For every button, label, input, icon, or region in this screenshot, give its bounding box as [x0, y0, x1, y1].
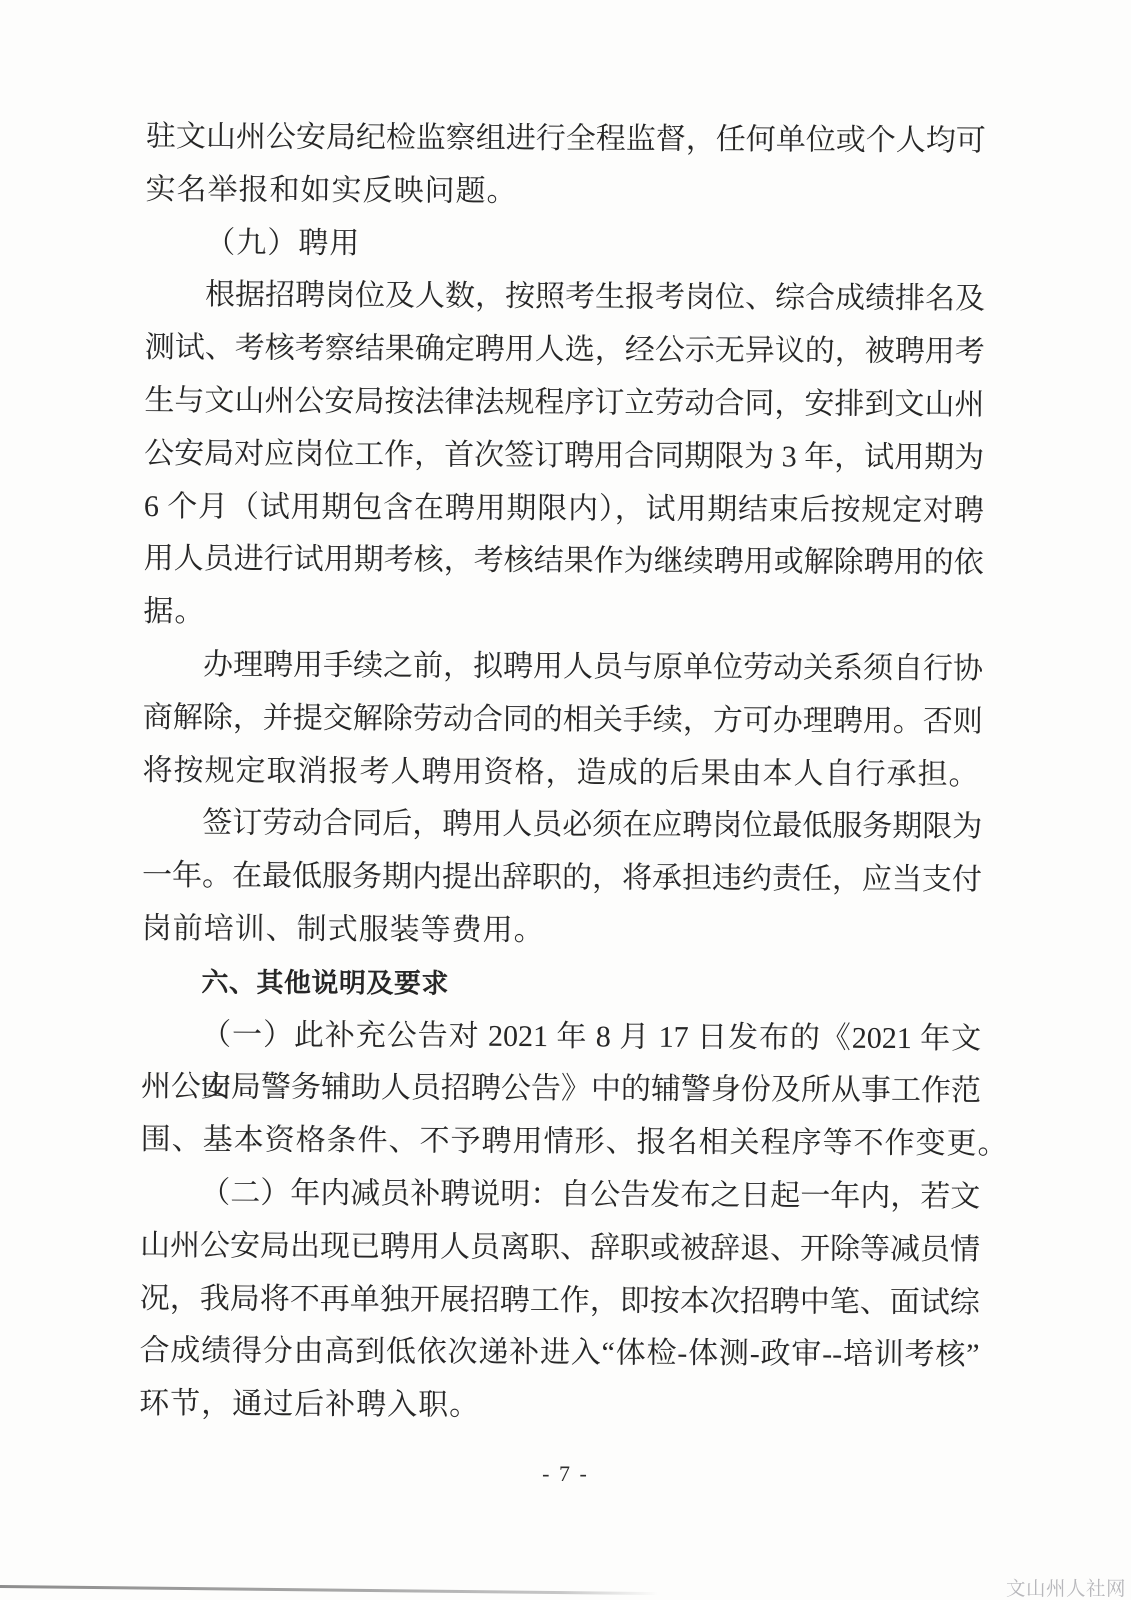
- paper-edge-artifact: [0, 1585, 658, 1595]
- document-text-line: 合成绩得分由高到低依次递补进入“体检-体测-政审--培训考核”: [139, 1325, 979, 1382]
- document-text-line: 商解除，并提交解除劳动合同的相关手续，方可办理聘用。否则: [143, 692, 983, 749]
- document-text-line: 据。: [143, 586, 983, 643]
- document-text-line: 公安局对应岗位工作，首次签订聘用合同期限为 3 年，试用期为: [144, 428, 984, 485]
- document-text-line: 用人员进行试用期考核，考核结果作为继续聘用或解除聘用的依: [144, 533, 984, 590]
- document-text-line: 实名举报和如实反映问题。: [145, 164, 985, 221]
- scanned-document-page: 驻文山州公安局纪检监察组进行全程监督，任何单位或个人均可实名举报和如实反映问题。…: [0, 0, 1131, 1600]
- document-text-line: 一年。在最低服务期内提出辞职的，将承担违约责任，应当支付: [142, 850, 982, 907]
- page-number: - 7 -: [0, 1461, 1131, 1487]
- document-text-line: 签订劳动合同后，聘用人员必须在应聘岗位最低服务期限为: [142, 797, 982, 854]
- document-text-line: 环节，通过后补聘入职。: [139, 1378, 979, 1435]
- document-text-line: 州公安局警务辅助人员招聘公告》中的辅警身份及所从事工作范: [141, 1061, 981, 1118]
- document-text-line: 将按规定取消报考人聘用资格，造成的后果由本人自行承担。: [142, 745, 982, 802]
- document-text-line: 况，我局将不再单独开展招聘工作，即按本次招聘中笔、面试综: [140, 1273, 980, 1330]
- document-text-line: 办理聘用手续之前，拟聘用人员与原单位劳动关系须自行协: [143, 639, 983, 696]
- document-text-line: （一）此补充公告对 2021 年 8 月 17 日发布的《2021 年文山: [141, 1009, 981, 1066]
- document-text-line: 生与文山州公安局按法律法规程序订立劳动合同，安排到文山州: [144, 375, 984, 432]
- section-heading: 六、其他说明及要求: [141, 956, 981, 1013]
- document-body: 驻文山州公安局纪检监察组进行全程监督，任何单位或个人均可实名举报和如实反映问题。…: [139, 111, 986, 1435]
- document-text-line: （九）聘用: [145, 217, 985, 274]
- document-text-line: 山州公安局出现已聘用人员离职、辞职或被辞退、开除等减员情: [140, 1220, 980, 1277]
- document-text-line: （二）年内减员补聘说明：自公告发布之日起一年内，若文: [140, 1167, 980, 1224]
- document-text-line: 围、基本资格条件、不予聘用情形、报名相关程序等不作变更。: [140, 1114, 980, 1171]
- site-watermark: 文山州人社网: [1006, 1573, 1126, 1600]
- document-text-line: 6 个月（试用期包含在聘用期限内），试用期结束后按规定对聘: [144, 481, 984, 538]
- document-text-line: 驻文山州公安局纪检监察组进行全程监督，任何单位或个人均可: [146, 111, 986, 168]
- document-text-line: 岗前培训、制式服装等费用。: [142, 903, 982, 960]
- document-text-line: 根据招聘岗位及人数，按照考生报考岗位、综合成绩排名及: [145, 269, 985, 326]
- document-text-line: 测试、考核考察结果确定聘用人选，经公示无异议的，被聘用考: [145, 322, 985, 379]
